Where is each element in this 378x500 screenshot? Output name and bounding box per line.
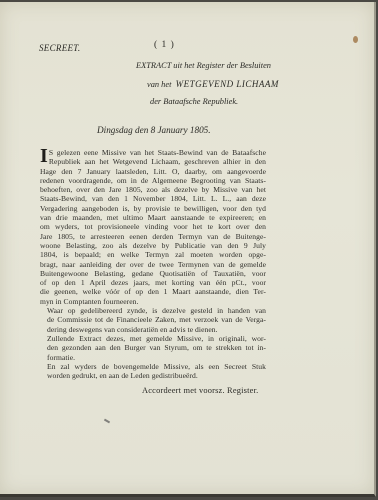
text-line: 1804, is bepaald; en welke Termyn zal mo… xyxy=(40,250,266,259)
closing-line: Accordeert met voorsz. Register. xyxy=(142,386,258,395)
paragraph-4: En zal wyders de bovengemelde Missive, a… xyxy=(40,362,266,381)
text-line: dering deswegens van consideratiën en ad… xyxy=(40,325,266,334)
document-date: Dingsdag den 8 January 1805. xyxy=(97,125,211,135)
heading-line-2: van het WETGEVEND LICHAAM xyxy=(147,79,279,89)
text-line: En zal wyders de bovengemelde Missive, a… xyxy=(40,362,266,371)
text-line: Waar op gedelibereerd zynde, is dezelve … xyxy=(40,306,266,315)
text-line: Zullende Extract dezes, met gemelde Miss… xyxy=(40,334,266,343)
paper-stain xyxy=(353,36,358,43)
text-line: de Commissie tot de Financieele Zaken, m… xyxy=(40,315,266,324)
text-line: of op den 1 April dezes jaars, met korti… xyxy=(40,278,266,287)
text-line: den gezonden aan den Burger van Styrum, … xyxy=(40,343,266,352)
paragraph-3: Zullende Extract dezes, met gemelde Miss… xyxy=(40,334,266,362)
text-line: myn in Comptanten fourneeren. xyxy=(40,297,266,306)
ink-mark xyxy=(104,419,110,424)
page-number: ( 1 ) xyxy=(154,40,175,50)
heading-line-2-prefix: van het xyxy=(147,80,171,89)
heading-line-1: EXTRACT uit het Register der Besluiten xyxy=(136,61,271,70)
text-line: bragt, naar aanleiding der over de twee … xyxy=(40,260,266,269)
text-line: Buitengewoone Belasting, gedane Quotisat… xyxy=(40,269,266,278)
text-line: woone Belasting, zoo als dezelve by Publ… xyxy=(40,241,266,250)
paragraph-2: Waar op gedelibereerd zynde, is dezelve … xyxy=(40,306,266,334)
text-line: behoeften, over den Jare 1805, zoo als d… xyxy=(40,185,266,194)
document-page: SECREET. ( 1 ) EXTRACT uit het Register … xyxy=(0,2,376,497)
secret-label: SECREET. xyxy=(39,43,80,53)
text-line: Republiek aan het Wetgevend Lichaam, ges… xyxy=(40,157,266,166)
text-line: van drie maanden, met ultimo Maart aanst… xyxy=(40,213,266,222)
heading-line-3: der Bataafsche Republiek. xyxy=(150,97,238,106)
text-line: Staats-Bewind, van den 1 November 1804, … xyxy=(40,194,266,203)
text-line: S gelezen eene Missive van het Staats-Be… xyxy=(40,148,266,157)
text-line: Hage den 7 January laatsleden, Litt. O, … xyxy=(40,167,266,176)
text-line: worden gedrukt, en aan de Leden gedistri… xyxy=(40,371,266,380)
paragraph-1: I S gelezen eene Missive van het Staats-… xyxy=(40,148,266,306)
drop-cap: I xyxy=(40,148,48,165)
document-body: I S gelezen eene Missive van het Staats-… xyxy=(40,148,266,380)
text-line: om wyders, tot provisioneele vinding voo… xyxy=(40,222,266,231)
heading-body-name: WETGEVEND LICHAAM xyxy=(176,79,279,89)
text-line: Jare 1805, te arresteeren eenen derden T… xyxy=(40,232,266,241)
text-line: redenen voordragende, om in de Algemeene… xyxy=(40,176,266,185)
text-line: Vergadering aangeboden is, by provisie t… xyxy=(40,204,266,213)
text-line: die geenen, welke vóór of op den 1 Maart… xyxy=(40,287,266,296)
text-line: formatie. xyxy=(40,353,266,362)
